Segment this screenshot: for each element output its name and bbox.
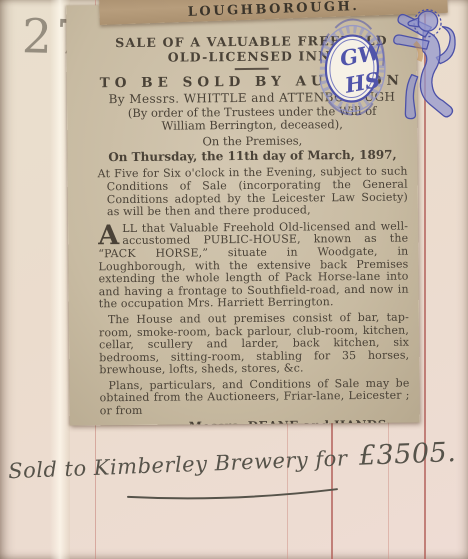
description-text: LL that Valuable Freehold Old-licensed a… (98, 219, 408, 310)
society-stamp: GW HS (318, 0, 468, 137)
date-line: On Thursday, the 11th day of March, 1897… (97, 148, 407, 166)
separator-rule (235, 68, 269, 70)
plans-paragraph: Plans, particulars, and Conditions of Sa… (99, 377, 409, 417)
description-paragraph: ALL that Valuable Freehold Old-licensed … (98, 220, 409, 311)
sold-note-amount: £3505. (358, 437, 457, 472)
album-page: 27 SALE OF A VALUABLE FREEHOLD OLD-LICEN… (0, 0, 468, 559)
conditions-paragraph: At Five for Six o'clock in the Evening, … (98, 166, 408, 219)
premises-line: On the Premises, (97, 133, 407, 149)
solicitors-name: Messrs. DEANE and HANDS, (100, 417, 410, 425)
sold-note-underline (126, 485, 340, 505)
house-paragraph: The House and out premises consist of ba… (99, 311, 410, 377)
dropcap-letter: A (98, 223, 122, 247)
sold-note-text: Sold to Kimberley Brewery for (8, 446, 348, 483)
lion-rampant-icon (391, 8, 456, 120)
sold-note: Sold to Kimberley Brewery for £3505. (8, 438, 439, 485)
